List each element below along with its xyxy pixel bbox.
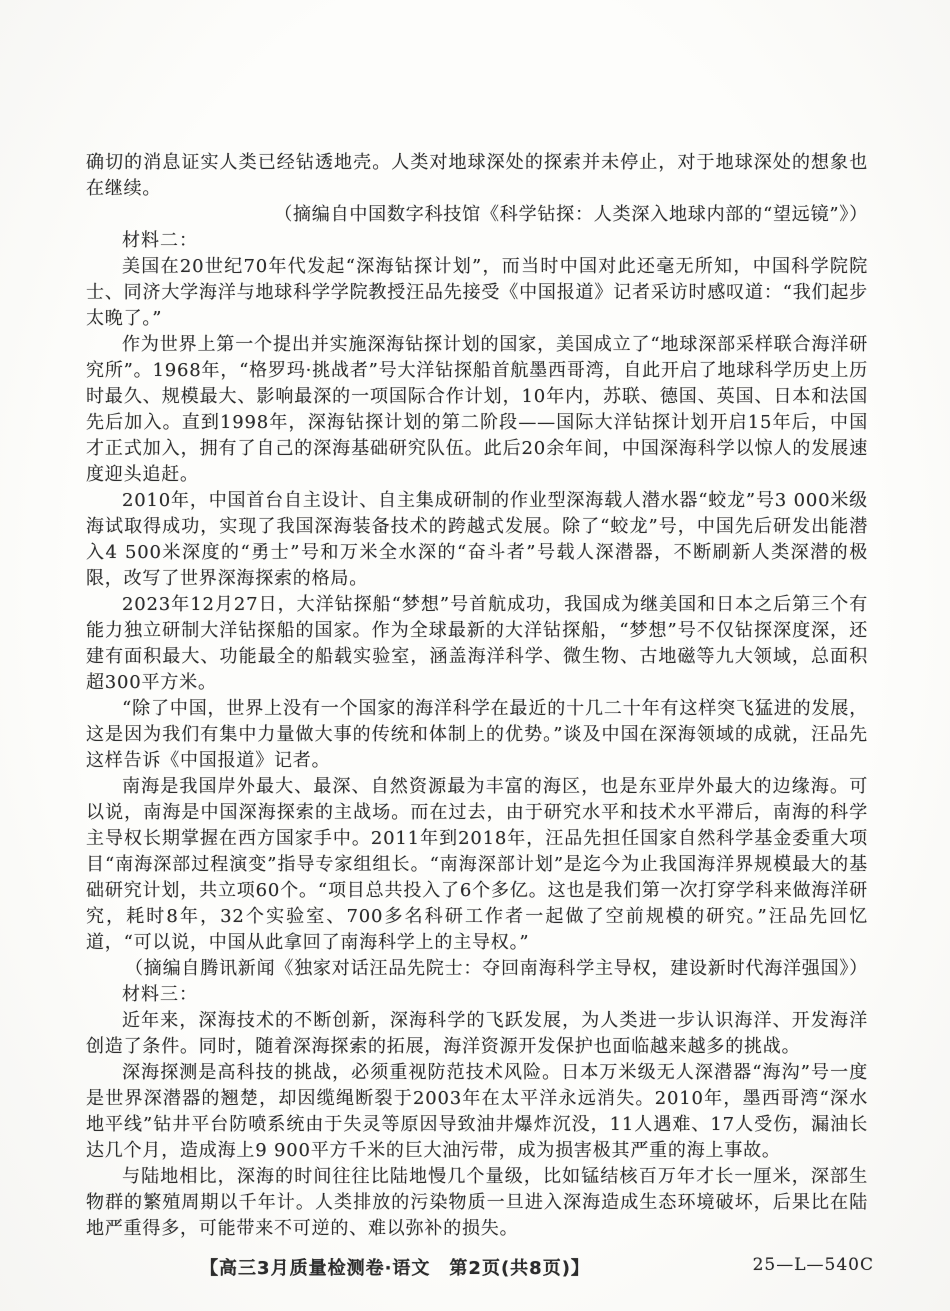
material-three-heading: 材料三： [86,982,868,1008]
material-two-paragraph-6: 南海是我国岸外最大、最深、自然资源最为丰富的海区，也是东亚岸外最大的边缘海。可以… [86,774,868,956]
material-two-paragraph-2: 作为世界上第一个提出并实施深海钻探计划的国家，美国成立了“地球深部采样联合海洋研… [86,332,868,488]
material-two-paragraph-4: 2023年12月27日，大洋钻探船“梦想”号首航成功，我国成为继美国和日本之后第… [86,592,868,696]
material-two-source-citation: （摘编自腾讯新闻《独家对话汪品先院士：夺回南海科学主导权，建设新时代海洋强国》） [86,956,868,982]
footer-exam-title-page-number: 【高三3月质量检测卷·语文 第2页(共8页)】 [0,1254,790,1280]
footer-paper-code: 25—L—540C [753,1255,874,1275]
material-three-paragraph-2: 深海探测是高科技的挑战，必须重视防范技术风险。日本万米级无人深潜器“海沟”号一度… [86,1060,868,1164]
reading-material-body: 确切的消息证实人类已经钻透地壳。人类对地球深处的探索并未停止，对于地球深处的想象… [86,150,868,1250]
material-two-paragraph-3: 2010年，中国首台自主设计、自主集成研制的作业型深海载人潜水器“蛟龙”号3 0… [86,488,868,592]
continuation-paragraph: 确切的消息证实人类已经钻透地壳。人类对地球深处的探索并未停止，对于地球深处的想象… [86,150,868,202]
material-three-paragraph-3: 与陆地相比，深海的时间往往比陆地慢几个量级，比如锰结核百万年才长一厘米，深部生物… [86,1164,868,1242]
material-two-paragraph-1: 美国在20世纪70年代发起“深海钻探计划”，而当时中国对此还毫无所知，中国科学院… [86,254,868,332]
exam-page-scan: 确切的消息证实人类已经钻透地壳。人类对地球深处的探索并未停止，对于地球深处的想象… [0,0,950,1311]
material-two-heading: 材料二： [86,228,868,254]
material-one-source-citation: （摘编自中国数字科技馆《科学钻探：人类深入地球内部的“望远镜”》） [86,202,868,228]
material-three-paragraph-1: 近年来，深海技术的不断创新，深海科学的飞跃发展，为人类进一步认识海洋、开发海洋创… [86,1008,868,1060]
material-two-paragraph-5: “除了中国，世界上没有一个国家的海洋科学在最近的十几二十年有这样突飞猛进的发展，… [86,696,868,774]
page-footer: 【高三3月质量检测卷·语文 第2页(共8页)】 25—L—540C [0,1254,950,1284]
